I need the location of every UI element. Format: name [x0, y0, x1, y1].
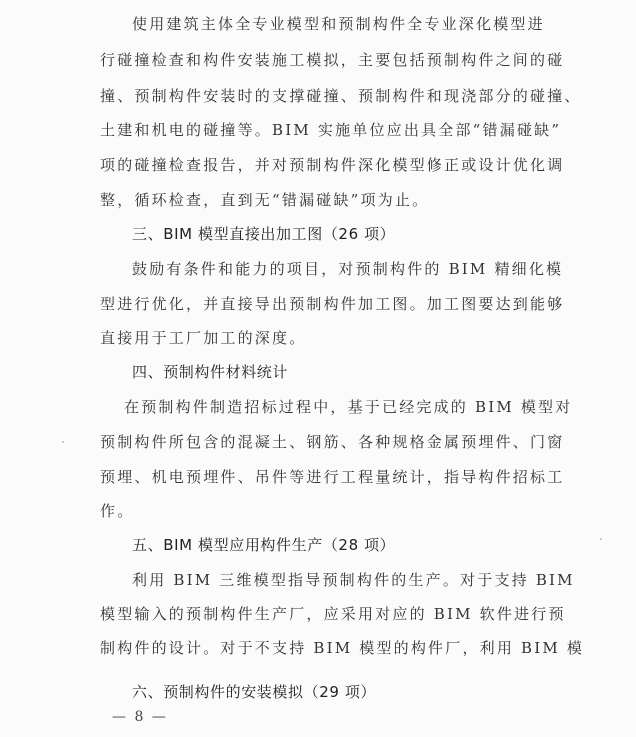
paragraph-line: 在预制构件制造招标过程中，基于已经完成的 BIM 模型对 — [124, 397, 558, 417]
paragraph-line: 行碰撞检查和构件安装施工模拟，主要包括预制构件之间的碰 — [100, 50, 534, 70]
paragraph-line: 预制构件所包含的混凝土、钢筋、各种规格金属预埋件、门窗 — [100, 432, 534, 452]
paragraph-line: 直接用于工厂加工的深度。 — [100, 328, 534, 348]
scan-speck — [600, 538, 602, 540]
paragraph-line: 土建和机电的碰撞等。BIM 实施单位应出具全部“错漏碰缺” — [100, 120, 534, 140]
paragraph-line: 整，循环检查，直到无“错漏碰缺”项为止。 — [100, 190, 534, 210]
paragraph-line: 型进行优化，并直接导出预制构件加工图。加工图要达到能够 — [100, 294, 534, 314]
section-heading: 五、BIM 模型应用构件生产（28 项） — [132, 535, 566, 555]
paragraph-line: 撞、预制构件安装时的支撑碰撞、预制构件和现浇部分的碰撞、 — [100, 86, 534, 106]
scan-speck — [62, 441, 64, 443]
paragraph-line: 模型输入的预制构件生产厂，应采用对应的 BIM 软件进行预 — [100, 604, 534, 624]
document-page: 使用建筑主体全专业模型和预制构件全专业深化模型进 行碰撞检查和构件安装施工模拟，… — [0, 0, 636, 737]
paragraph-line: 利用 BIM 三维模型指导预制构件的生产。对于支持 BIM — [132, 570, 566, 590]
paragraph-line: 制构件的设计。对于不支持 BIM 模型的构件厂，利用 BIM 模 — [100, 638, 534, 658]
paragraph-line: 预埋、机电预埋件、吊件等进行工程量统计，指导构件招标工 — [100, 467, 534, 487]
paragraph-line: 鼓励有条件和能力的项目，对预制构件的 BIM 精细化模 — [132, 259, 566, 279]
paragraph-line: 项的碰撞检查报告，并对预制构件深化模型修正或设计优化调 — [100, 155, 534, 175]
section-heading: 三、BIM 模型直接出加工图（26 项） — [132, 224, 566, 244]
section-heading: 六、预制构件的安装模拟（29 项） — [132, 682, 566, 702]
section-heading: 四、预制构件材料统计 — [132, 362, 566, 382]
paragraph-line: 使用建筑主体全专业模型和预制构件全专业深化模型进 — [132, 14, 566, 34]
page-number: — 8 — — [112, 707, 168, 727]
paragraph-line: 作。 — [100, 501, 534, 521]
